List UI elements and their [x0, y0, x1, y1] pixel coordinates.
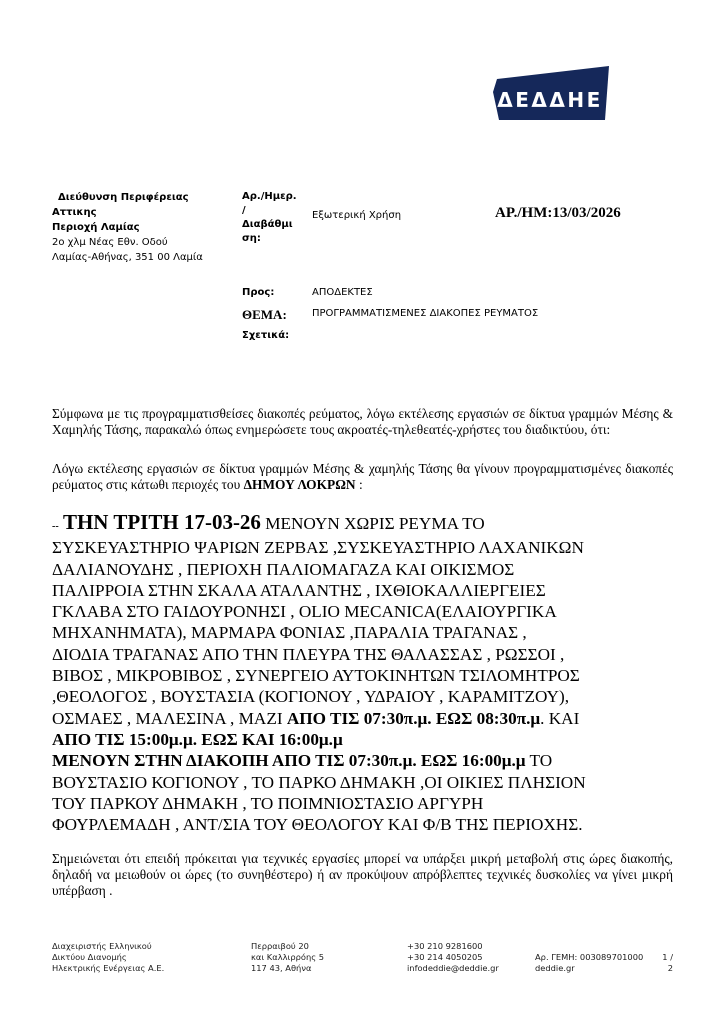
municipality-name: ΔΗΜΟΥ ΛΟΚΡΩΝ — [244, 477, 356, 492]
sender-line: 2ο χλμ Νέας Εθν. Οδού — [52, 235, 242, 250]
ref-label-line: ση: — [242, 232, 304, 246]
sender-line: Λαμίας-Αθήνας, 351 00 Λαμία — [52, 250, 242, 265]
note-paragraph: Σημειώνεται ότι επειδή πρόκειται για τεχ… — [52, 851, 673, 899]
footer-line: και Καλλιρρόης 5 — [251, 952, 371, 963]
outage-line: ΣΥΣΚΕΥΑΣΤΗΡΙΟ ΨΑΡΙΩΝ ΖΕΡΒΑΣ ,ΣΥΣΚΕΥΑΣΤΗΡ… — [52, 537, 692, 558]
sender-block: Διεύθυνση Περιφέρειας Αττικης Περιοχή Λα… — [52, 190, 242, 265]
to-label: Προς: — [242, 286, 274, 300]
outage-text: ΜΕΝΟΥΝ ΧΩΡΙΣ ΡΕΥΜΑ ΤΟ — [261, 514, 485, 533]
outage-line: ΓΚΛΑΒΑ ΣΤΟ ΓΑΙΔΟΥΡΟΝΗΣΙ , OLIO MECANICA(… — [52, 601, 692, 622]
subject-value: ΠΡΟΓΡΑΜΜΑΤΙΣΜΕΝΕΣ ΔΙΑΚΟΠΕΣ ΡΕΥΜΑΤΟΣ — [312, 307, 538, 321]
footer-website-link[interactable]: deddie.gr — [535, 963, 665, 974]
subject-label: ΘΕΜΑ: — [242, 307, 287, 323]
sender-line: Αττικης — [52, 205, 242, 220]
footer-address: Περραιβού 20 και Καλλιρρόης 5 117 43, Αθ… — [251, 941, 371, 974]
outage-text: ΤΟ — [526, 751, 553, 770]
outage-line: ,ΘΕΟΛΟΓΟΣ , ΒΟΥΣΤΑΣΙΑ (ΚΟΓΙΟΝΟΥ , ΥΔΡΑΙΟ… — [52, 686, 692, 707]
ref-label-line: Διαβάθμι — [242, 218, 304, 232]
classification-value: Εξωτερική Χρήση — [312, 209, 401, 223]
page-number-line: 2 — [657, 963, 673, 974]
outage-line: ΒΙΒΟΣ , ΜΙΚΡΟΒΙΒΟΣ , ΣΥΝΕΡΓΕΙΟ ΑΥΤΟΚΙΝΗΤ… — [52, 665, 692, 686]
footer-line: Δικτύου Διανομής — [52, 952, 202, 963]
footer-line: Διαχειριστής Ελληνικού — [52, 941, 202, 952]
outage-line: ΜΕΝΟΥΝ ΣΤΗΝ ΔΙΑΚΟΠΗ ΑΠΟ ΤΙΣ 07:30π.μ. ΕΩ… — [52, 750, 692, 771]
outage-details: -- ΤΗΝ ΤΡΙΤΗ 17-03-26 ΜΕΝΟΥΝ ΧΩΡΙΣ ΡΕΥΜΑ… — [52, 512, 692, 835]
sender-line: Περιοχή Λαμίας — [52, 220, 242, 235]
related-label: Σχετικά: — [242, 329, 289, 343]
outage-line: ΤΟΥ ΠΑΡΚΟΥ ΔΗΜΑΚΗ , ΤΟ ΠΟΙΜΝΙΟΣΤΑΣΙΟ ΑΡΓ… — [52, 793, 692, 814]
outage-line: ΦΟΥΡΛΕΜΑΔΗ , ΑΝΤ/ΣΙΑ ΤΟΥ ΘΕΟΛΟΓΟΥ ΚΑΙ Φ/… — [52, 814, 692, 835]
page-number-line: 1 / — [657, 952, 673, 963]
outage-line: ΟΣΜΑΕΣ , ΜΑΛΕΣΙΝΑ , ΜΑΖΙ ΑΠΟ ΤΙΣ 07:30π.… — [52, 708, 692, 729]
footer-phone: +30 214 4050205 — [407, 952, 527, 963]
footer-line: Περραιβού 20 — [251, 941, 371, 952]
ref-label: Αρ./Ημερ. / Διαβάθμι ση: — [242, 190, 304, 246]
footer-phone: +30 210 9281600 — [407, 941, 527, 952]
outage-line: ΔΙΟΔΙΑ ΤΡΑΓΑΝΑΣ ΑΠΟ ΤΗΝ ΠΛΕΥΡΑ ΤΗΣ ΘΑΛΑΣ… — [52, 644, 692, 665]
outage-time: ΑΠΟ ΤΙΣ 07:30π.μ. ΕΩΣ 08:30π.μ — [287, 709, 540, 728]
sender-line: Διεύθυνση Περιφέρειας — [52, 190, 242, 205]
outage-text: . ΚΑΙ — [540, 709, 579, 728]
page-number: 1 / 2 — [657, 952, 673, 974]
footer-contact: +30 210 9281600 +30 214 4050205 infodedd… — [407, 941, 527, 974]
outage-line: ΜΗΧΑΝΗΜΑΤΑ), ΜΑΡΜΑΡΑ ΦΟΝΙΑΣ ,ΠΑΡΑΛΙΑ ΤΡΑ… — [52, 622, 692, 643]
outage-line: ΒΟΥΣΤΑΣΙΟ ΚΟΓΙΟΝΟΥ , ΤΟ ΠΑΡΚΟ ΔΗΜΑΚΗ ,ΟΙ… — [52, 772, 692, 793]
footer-line: 117 43, Αθήνα — [251, 963, 371, 974]
footer-company: Διαχειριστής Ελληνικού Δικτύου Διανομής … — [52, 941, 202, 974]
to-value: ΑΠΟΔΕΚΤΕΣ — [312, 286, 373, 300]
ref-label-line: / — [242, 204, 304, 218]
logo-text: ΔΕΔΔΗΕ — [497, 88, 603, 112]
outage-time: ΑΠΟ ΤΙΣ 15:00μ.μ. ΕΩΣ ΚΑΙ 16:00μ.μ — [52, 729, 692, 750]
intro-paragraph: Σύμφωνα με τις προγραμματισθείσες διακοπ… — [52, 406, 673, 438]
reference-date: ΑΡ./ΗΜ:13/03/2026 — [495, 205, 621, 222]
footer-gemh: Αρ. ΓΕΜΗ: 003089701000 — [535, 952, 665, 963]
outage-time: ΜΕΝΟΥΝ ΣΤΗΝ ΔΙΑΚΟΠΗ ΑΠΟ ΤΙΣ 07:30π.μ. ΕΩ… — [52, 751, 526, 770]
footer-line: Ηλεκτρικής Ενέργειας Α.Ε. — [52, 963, 202, 974]
ref-label-line: Αρ./Ημερ. — [242, 190, 304, 204]
dash-marker: -- — [52, 521, 59, 532]
outage-line: ΠΑΛΙΡΡΟΙΑ ΣΤΗΝ ΣΚΑΛΑ ΑΤΑΛΑΝΤΗΣ , ΙΧΘΙΟΚΑ… — [52, 580, 692, 601]
footer-registry: Αρ. ΓΕΜΗ: 003089701000 deddie.gr — [535, 952, 665, 974]
outage-line: -- ΤΗΝ ΤΡΙΤΗ 17-03-26 ΜΕΝΟΥΝ ΧΩΡΙΣ ΡΕΥΜΑ… — [52, 512, 692, 537]
company-logo: ΔΕΔΔΗΕ — [493, 66, 609, 120]
outage-text: ΟΣΜΑΕΣ , ΜΑΛΕΣΙΝΑ , ΜΑΖΙ — [52, 709, 287, 728]
outage-date: ΤΗΝ ΤΡΙΤΗ 17-03-26 — [63, 510, 261, 534]
announcement-end: : — [356, 477, 363, 492]
announcement-paragraph: Λόγω εκτέλεσης εργασιών σε δίκτυα γραμμώ… — [52, 461, 673, 493]
outage-line: ΔΑΛΙΑΝΟΥΔΗΣ , ΠΕΡΙΟΧΗ ΠΑΛΙΟΜΑΓΑΖΑ ΚΑΙ ΟΙ… — [52, 559, 692, 580]
footer-email-link[interactable]: infodeddie@deddie.gr — [407, 963, 527, 974]
